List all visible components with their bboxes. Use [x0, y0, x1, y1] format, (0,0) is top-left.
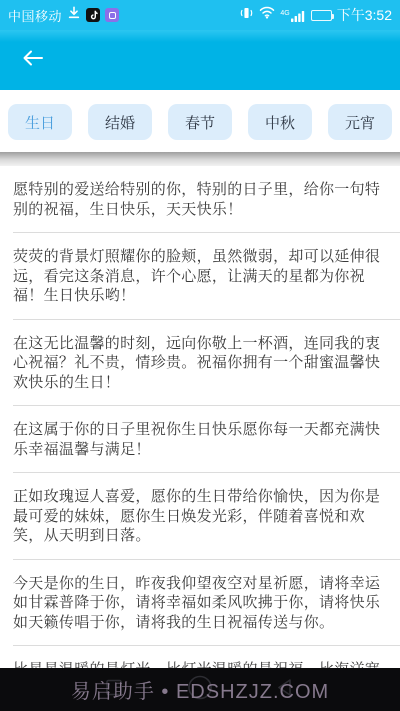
- tab-lantern-festival[interactable]: 元宵: [328, 104, 392, 140]
- tabs-shadow-divider: [0, 152, 400, 166]
- tab-label: 结婚: [105, 112, 135, 133]
- battery-icon: [311, 10, 332, 21]
- status-bar: 中国移动: [0, 0, 400, 30]
- greeting-list: 愿特别的爱送给特别的你，特别的日子里，给你一句特别的祝福，生日快乐，天天快乐！ …: [0, 166, 400, 711]
- greeting-item[interactable]: 愿特别的爱送给特别的你，特别的日子里，给你一句特别的祝福，生日快乐，天天快乐！: [13, 166, 400, 233]
- network-type-label: 4G: [280, 10, 289, 17]
- back-triangle-icon[interactable]: [274, 676, 296, 703]
- signal-icon: 4G: [280, 9, 305, 22]
- tab-mid-autumn[interactable]: 中秋: [248, 104, 312, 140]
- tab-birthday[interactable]: 生日: [8, 104, 72, 140]
- tiktok-icon: [86, 8, 100, 22]
- tab-label: 中秋: [265, 112, 295, 133]
- tab-spring-festival[interactable]: 春节: [168, 104, 232, 140]
- category-tabs: 生日 结婚 春节 中秋 元宵: [0, 90, 400, 152]
- greeting-item[interactable]: 在这属于你的日子里祝你生日快乐愿你每一天都充满快乐幸福温馨与满足！: [13, 406, 400, 473]
- recents-icon[interactable]: [105, 678, 123, 701]
- greeting-item[interactable]: 今天是你的生日，昨夜我仰望夜空对星祈愿，请将幸运如甘霖普降于你，请将幸福如柔风吹…: [13, 560, 400, 647]
- tab-label: 生日: [25, 112, 55, 133]
- tab-wedding[interactable]: 结婚: [88, 104, 152, 140]
- carrier-label: 中国移动: [8, 6, 62, 25]
- purple-app-icon: [105, 8, 119, 22]
- arrow-left-icon: [21, 48, 45, 73]
- app-bar: [0, 30, 400, 90]
- download-icon: [67, 5, 81, 25]
- home-icon[interactable]: [186, 673, 214, 706]
- tab-label: 春节: [185, 112, 215, 133]
- clock-label: 下午3:52: [337, 5, 392, 25]
- wifi-icon: [259, 6, 275, 24]
- tab-label: 元宵: [345, 112, 375, 133]
- vibrate-icon: [239, 6, 254, 25]
- back-button[interactable]: [16, 43, 50, 77]
- phone-screen: 中国移动: [0, 0, 400, 711]
- system-nav-bar: 易启助手 • EDSHZJZ.COM: [0, 668, 400, 711]
- greeting-item[interactable]: 荧荧的背景灯照耀你的脸颊，虽然微弱，却可以延伸很远，看完这条消息，许个心愿，让满…: [13, 233, 400, 320]
- greeting-item[interactable]: 正如玫瑰逗人喜爱，愿你的生日带给你愉快，因为你是最可爱的妹妹，愿你生日焕发光彩，…: [13, 473, 400, 560]
- greeting-item[interactable]: 在这无比温馨的时刻，远向你敬上一杯酒，连同我的衷心祝福？礼不贵，情珍贵。祝福你拥…: [13, 320, 400, 407]
